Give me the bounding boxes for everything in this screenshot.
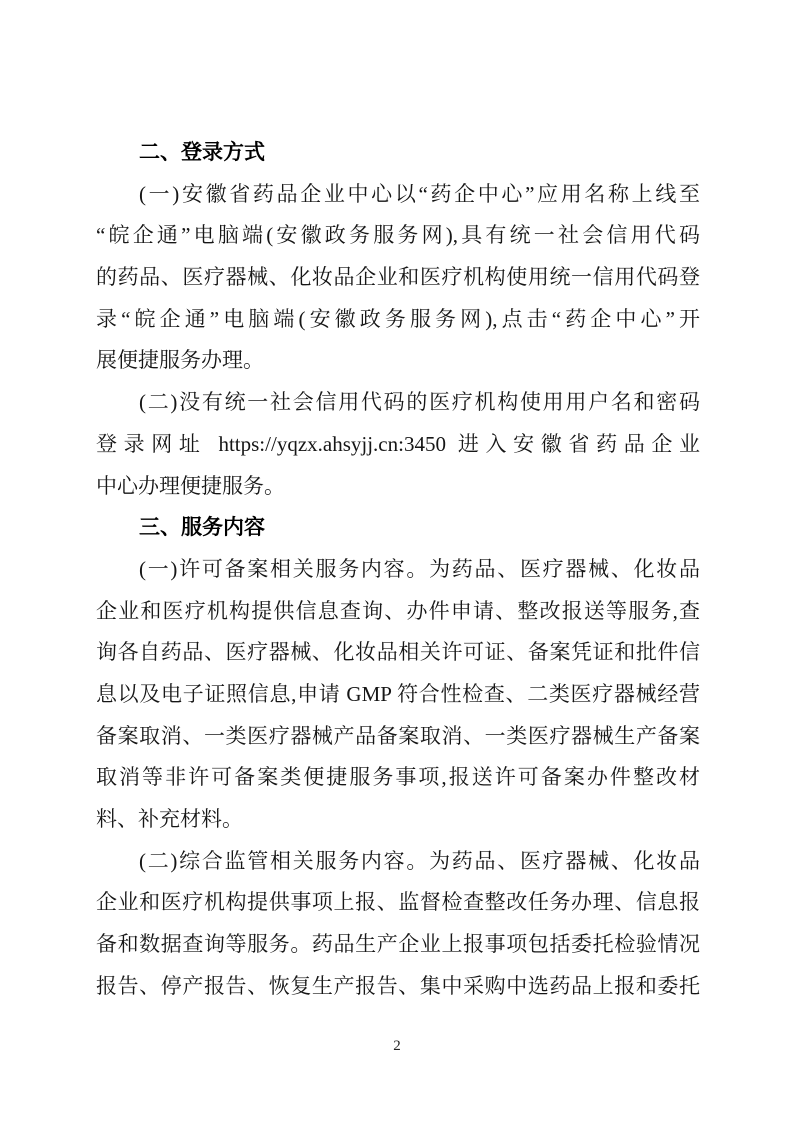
page-number: 2 [393,1038,401,1054]
page-footer: 2 [0,1036,794,1056]
paragraph-line: 询各自药品、医疗器械、化妆品相关许可证、备案凭证和批件信 [96,632,700,674]
paragraph-line: 展便捷服务办理。 [96,340,700,382]
paragraph-line: (二)综合监管相关服务内容。为药品、医疗器械、化妆品 [96,841,700,883]
paragraph-line: 备和数据查询等服务。药品生产企业上报事项包括委托检验情况 [96,924,700,966]
section-heading-login-method: 二、登录方式 [96,132,700,174]
section-heading-service-content: 三、服务内容 [96,507,700,549]
paragraph-line: 的药品、医疗器械、化妆品企业和医疗机构使用统一信用代码登 [96,257,700,299]
paragraph-line: “皖企通”电脑端(安徽政务服务网),具有统一社会信用代码 [96,215,700,257]
paragraph-line: 企业和医疗机构提供事项上报、监督检查整改任务办理、信息报 [96,882,700,924]
paragraph-line: 登录网址 https://yqzx.ahsyjj.cn:3450 进入安徽省药品… [96,424,700,466]
paragraph-line: 息以及电子证照信息,申请 GMP 符合性检查、二类医疗器械经营 [96,674,700,716]
paragraph-line: 备案取消、一类医疗器械产品备案取消、一类医疗器械生产备案 [96,716,700,758]
paragraph-line: 料、补充材料。 [96,799,700,841]
paragraph-line: 企业和医疗机构提供信息查询、办件申请、整改报送等服务,查 [96,591,700,633]
paragraph-line: (二)没有统一社会信用代码的医疗机构使用用户名和密码 [96,382,700,424]
document-body: 二、登录方式(一)安徽省药品企业中心以“药企中心”应用名称上线至“皖企通”电脑端… [96,132,700,1007]
paragraph-line: 报告、停产报告、恢复生产报告、集中采购中选药品上报和委托 [96,966,700,1008]
document-page: 二、登录方式(一)安徽省药品企业中心以“药企中心”应用名称上线至“皖企通”电脑端… [0,0,794,1123]
paragraph-line: (一)安徽省药品企业中心以“药企中心”应用名称上线至 [96,174,700,216]
paragraph-line: 取消等非许可备案类便捷服务事项,报送许可备案办件整改材 [96,757,700,799]
paragraph-line: 录“皖企通”电脑端(安徽政务服务网),点击“药企中心”开 [96,299,700,341]
paragraph-line: 中心办理便捷服务。 [96,466,700,508]
paragraph-line: (一)许可备案相关服务内容。为药品、医疗器械、化妆品 [96,549,700,591]
